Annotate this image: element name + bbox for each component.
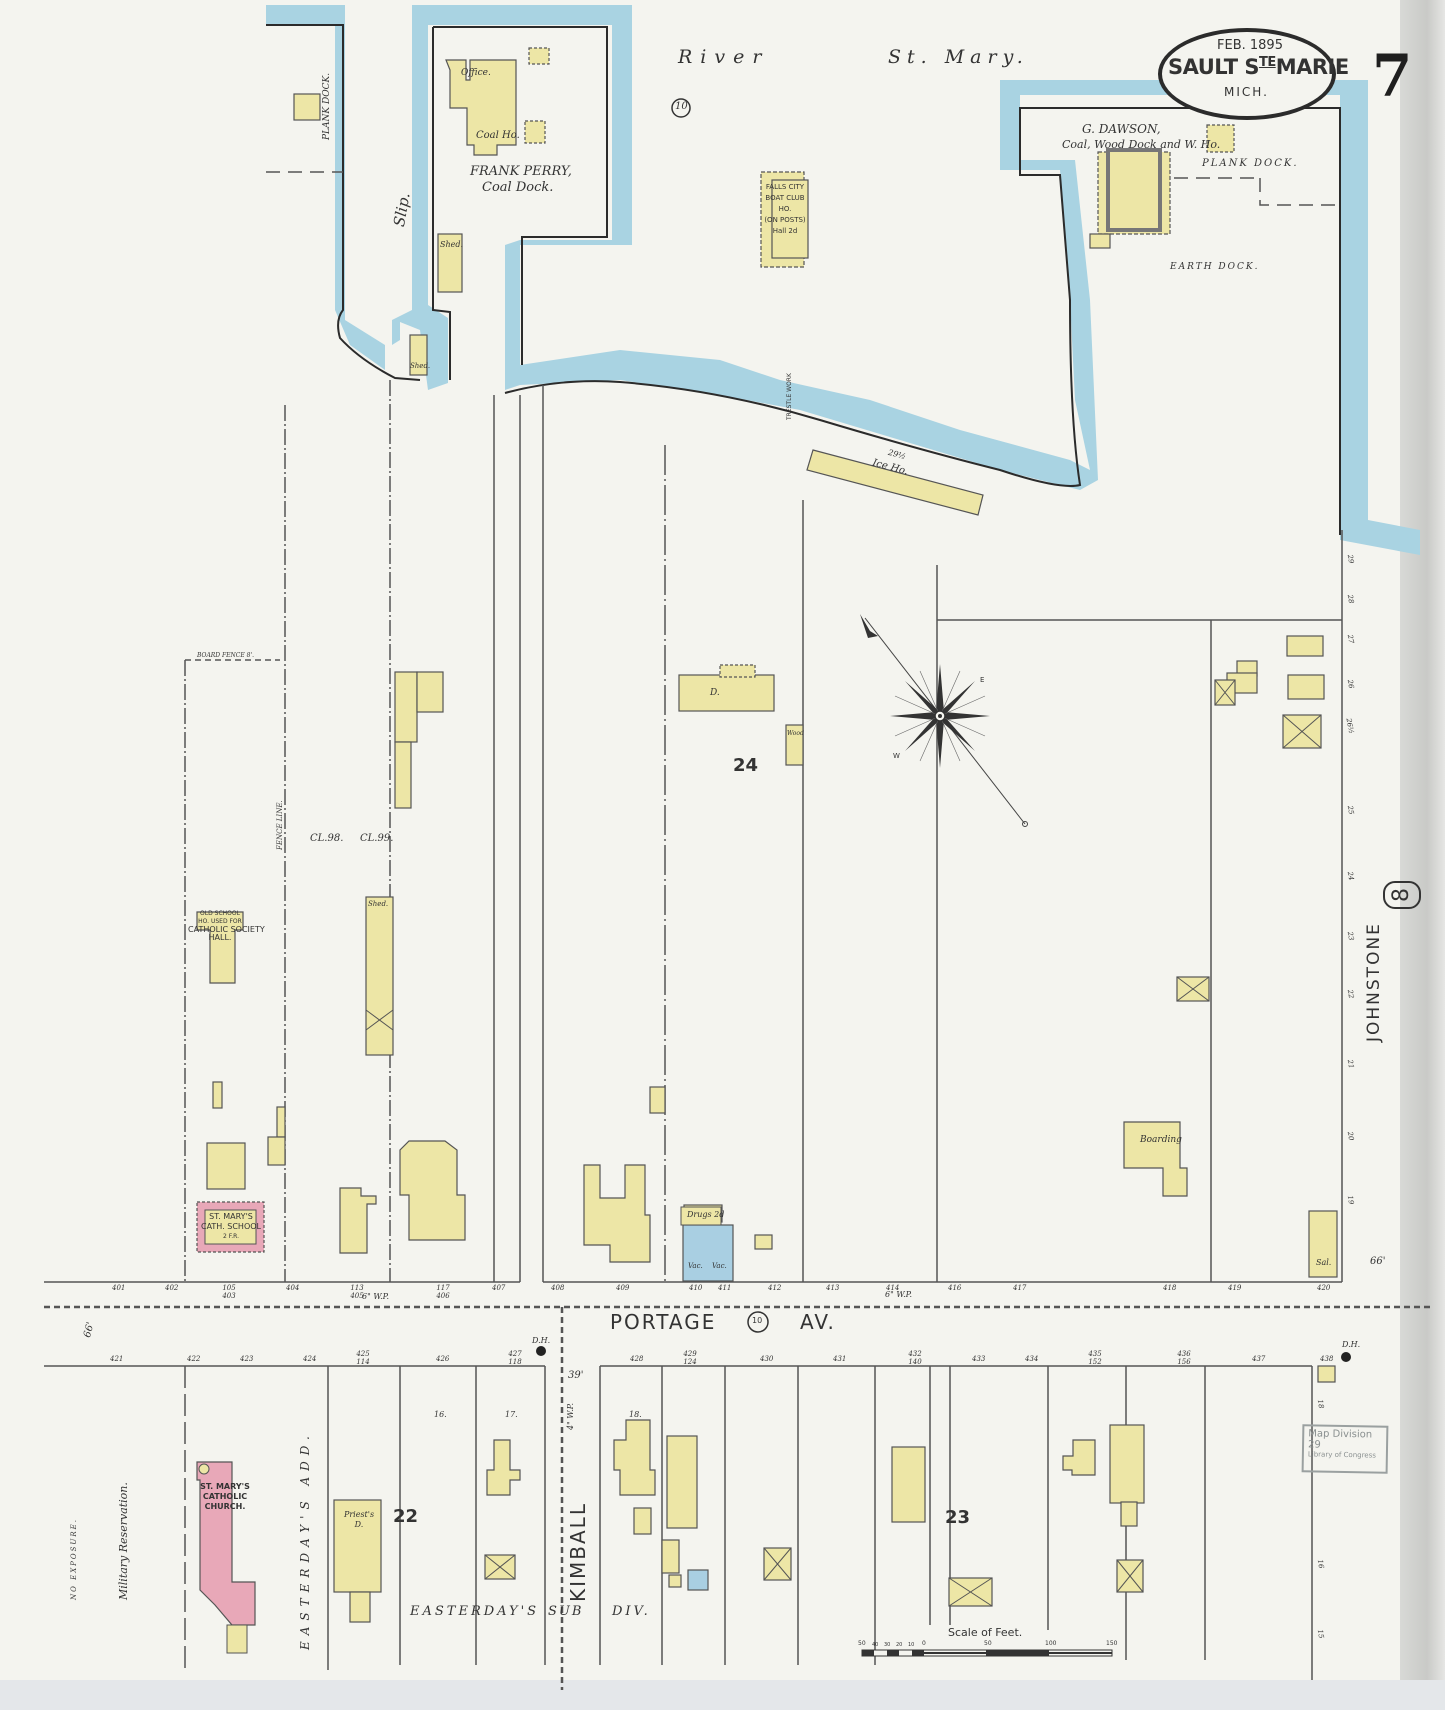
sheet-date: FEB. 1895: [1217, 38, 1283, 53]
street-johnstone: JOHNSTONE: [1364, 922, 1384, 1042]
address-417: 417: [1013, 1284, 1026, 1292]
dawson-dock-label: Coal, Wood Dock and W. Ho.: [1062, 138, 1220, 151]
address-412: 412: [768, 1284, 781, 1292]
river-marker: 10: [675, 101, 688, 112]
street-kimball: KIMBALL: [566, 1502, 590, 1602]
address-416: 416: [948, 1284, 961, 1292]
kimball-water-pipe: 4" W.P.: [566, 1403, 575, 1430]
address-409: 409: [616, 1284, 629, 1292]
address-425-114: 425 114: [356, 1350, 370, 1366]
address-427-118: 427 118: [508, 1350, 522, 1366]
scale-tick-50w: 50: [858, 1640, 866, 1647]
address-436-156: 436 156: [1177, 1350, 1191, 1366]
address-105-403: 105 403: [222, 1284, 236, 1300]
address-113-405: 113 405: [350, 1284, 364, 1300]
address-423: 423: [240, 1355, 253, 1363]
address-j23: 23: [1346, 931, 1355, 941]
scale-bar: [862, 1650, 1112, 1656]
hydrant-label-east: D.H.: [1342, 1340, 1360, 1349]
drug-store-label: Drugs 2d: [687, 1210, 724, 1219]
catholic-society-hall-label: OLD SCHOOLHO. USED FORCATHOLIC SOCIETYHA…: [188, 910, 252, 942]
address-428: 428: [630, 1355, 643, 1363]
address-408: 408: [551, 1284, 564, 1292]
easterday-add-label: EASTERDAY'S ADD.: [298, 1430, 312, 1650]
address-j25: 25: [1346, 805, 1355, 815]
block-number-24: 24: [733, 755, 758, 776]
title-cartouche: FEB. 1895 SAULT STEMARIE MICH.: [1158, 28, 1336, 120]
scale-tick-0: 0: [922, 1640, 926, 1647]
block-number-22: 22: [393, 1506, 418, 1527]
board-fence-label: BOARD FENCE 8'.: [197, 652, 254, 659]
scale-tick-100: 100: [1045, 1640, 1056, 1647]
address-420: 420: [1317, 1284, 1330, 1292]
scale-tick-10: 10: [908, 1642, 914, 1648]
address-429-124: 429 124: [683, 1350, 697, 1366]
address-434: 434: [1025, 1355, 1038, 1363]
address-j18: 18: [1316, 1399, 1325, 1409]
address-407: 407: [492, 1284, 505, 1292]
portage-marker: 10: [752, 1316, 762, 1325]
address-432-140: 432 140: [908, 1350, 922, 1366]
sub-label: SUB: [548, 1604, 583, 1619]
stamp-line-3: Library of Congress: [1308, 1450, 1382, 1459]
lot-cl99: CL.99.: [360, 833, 393, 844]
adjoining-sheet-link[interactable]: 8: [1383, 881, 1421, 909]
lot-18: 18.: [629, 1410, 642, 1419]
shed-c-label: Shed.: [440, 240, 463, 249]
map-drawing: [0, 0, 1445, 1710]
saloon-label: Sal.: [1316, 1258, 1331, 1267]
hydrant-label: D.H.: [532, 1336, 550, 1345]
block-number-23: 23: [945, 1507, 970, 1528]
catholic-school-label: ST. MARY'SCATH. SCHOOL2 F.R.: [200, 1212, 262, 1242]
catholic-church-label: ST. MARY'SCATHOLICCHURCH.: [195, 1482, 255, 1512]
address-422: 422: [187, 1355, 200, 1363]
dwelling-label-24: D.: [710, 688, 720, 698]
library-stamp: Map Division 29 Library of Congress: [1302, 1424, 1389, 1473]
address-j15: 15: [1316, 1629, 1325, 1639]
portage-water-pipe-west: 6" W.P.: [362, 1292, 389, 1301]
hydrants: [536, 1346, 1351, 1362]
plank-dock-right-label: PLANK DOCK.: [1202, 158, 1299, 169]
scale-tick-20: 20: [896, 1642, 902, 1648]
boarding-house-label: Boarding: [1140, 1135, 1182, 1145]
scale-tick-50: 50: [984, 1640, 992, 1647]
lot-16: 16.: [434, 1410, 447, 1419]
fence-line-label: FENCE LINE.: [276, 800, 284, 850]
street-width-east: 66': [1370, 1256, 1385, 1267]
scale-tick-150: 150: [1106, 1640, 1117, 1647]
sheet-city: SAULT STEMARIE: [1168, 55, 1349, 79]
address-404: 404: [286, 1284, 299, 1292]
frank-perry-label: FRANK PERRY,: [470, 164, 572, 179]
boat-club-label: FALLS CITYBOAT CLUBHO.(ON POSTS)Hall 2d: [763, 182, 807, 237]
military-reservation-label: Military Reservation.: [117, 1482, 130, 1600]
no-exposure-label: NO EXPOSURE.: [70, 1518, 78, 1600]
scale-tick-40: 40: [872, 1642, 878, 1648]
address-419: 419: [1228, 1284, 1241, 1292]
page-number: 7: [1372, 42, 1412, 110]
street-portage: PORTAGE: [610, 1310, 716, 1334]
address-j28: 28: [1346, 594, 1355, 604]
address-433: 433: [972, 1355, 985, 1363]
address-j26: 26: [1346, 679, 1355, 689]
address-j27: 27: [1346, 634, 1355, 644]
address-426: 426: [436, 1355, 449, 1363]
brick-buildings: [197, 1202, 264, 1625]
address-411: 411: [718, 1284, 731, 1292]
div-label: DIV.: [612, 1604, 651, 1619]
coal-house-label: Coal Ho.: [476, 130, 520, 141]
address-418: 418: [1163, 1284, 1176, 1292]
address-424: 424: [303, 1355, 316, 1363]
shed-label-north: Shed.: [368, 900, 388, 908]
address-413: 413: [826, 1284, 839, 1292]
address-j29: 29: [1346, 554, 1355, 564]
scale-title: Scale of Feet.: [948, 1626, 1022, 1639]
address-117-406: 117 406: [436, 1284, 450, 1300]
address-401: 401: [112, 1284, 125, 1292]
sheet-state: MICH.: [1224, 85, 1269, 99]
scale-tick-30: 30: [884, 1642, 890, 1648]
address-430: 430: [760, 1355, 773, 1363]
address-j19: 19: [1346, 1195, 1355, 1205]
address-j21: 21: [1346, 1059, 1355, 1069]
address-431: 431: [833, 1355, 846, 1363]
easterday-sub-label: EASTERDAY'S: [410, 1604, 539, 1619]
church-tower: [199, 1464, 209, 1474]
address-402: 402: [165, 1284, 178, 1292]
compass-e-label: E: [980, 676, 984, 684]
vacant-label-2: Vac.: [712, 1262, 727, 1270]
lot-17: 17.: [505, 1410, 518, 1419]
kimball-width: 39': [568, 1370, 583, 1381]
earth-dock-label: EARTH DOCK.: [1170, 262, 1259, 272]
compass-w-label: W: [893, 752, 900, 760]
address-438: 438: [1320, 1355, 1333, 1363]
coal-dock-label: Coal Dock.: [482, 180, 553, 195]
address-j20: 20: [1346, 1131, 1355, 1141]
vacant-label-1: Vac.: [688, 1262, 703, 1270]
lot-cl98: CL.98.: [310, 833, 343, 844]
hydrant-district-markers: [672, 99, 768, 1332]
address-j16: 16: [1316, 1559, 1325, 1569]
dawson-label: G. DAWSON,: [1082, 122, 1161, 136]
address-435-152: 435 152: [1088, 1350, 1102, 1366]
address-414: 414: [886, 1284, 899, 1292]
church-wood-shed: [227, 1625, 247, 1653]
wood-shed-label: Wood: [787, 730, 804, 737]
address-421: 421: [110, 1355, 123, 1363]
street-portage-suffix: AV.: [800, 1310, 836, 1334]
river-label-2: St. Mary.: [888, 46, 1029, 68]
address-j24: 24: [1346, 871, 1355, 881]
address-437: 437: [1252, 1355, 1265, 1363]
shed-b-label: Shed.: [410, 362, 430, 370]
trestle-label: TRESTLE WORK: [786, 373, 793, 420]
office-label: Office.: [461, 68, 491, 78]
plank-dock-left-label: PLANK DOCK.: [322, 73, 332, 140]
address-j22: 22: [1346, 989, 1355, 999]
address-410: 410: [689, 1284, 702, 1292]
priests-dwelling-label: Priest'sD.: [338, 1510, 380, 1530]
river-label: River: [678, 46, 769, 68]
compass-rose-icon: [860, 614, 1028, 827]
